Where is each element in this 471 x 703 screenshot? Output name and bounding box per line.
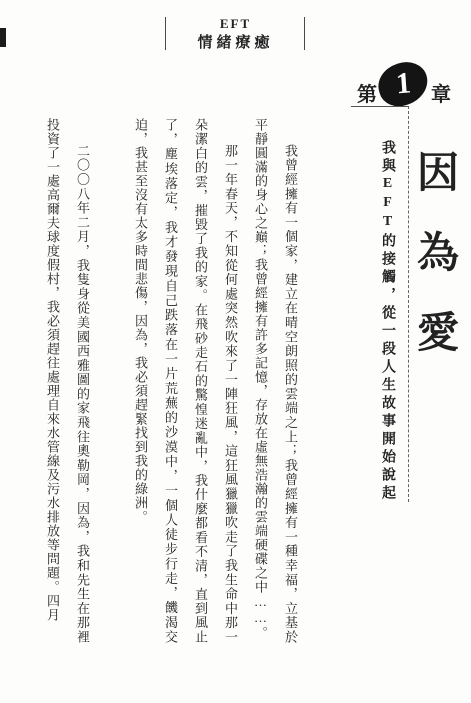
paragraph: 那一年春天，不知從何處突然吹來了一陣狂風，這狂風獵獵吹走了我生命中那一朵潔白的雲… <box>125 118 245 644</box>
chapter-label-post: 章 <box>431 78 451 107</box>
chapter-label-pre: 第 <box>357 78 377 107</box>
running-head-rule-left <box>165 17 166 50</box>
chapter-number: 1 <box>394 67 411 102</box>
chapter-subtitle: 我與EFT的接觸，從一段人生故事開始說起 <box>380 140 394 503</box>
running-head-series-zh: 情緒療癒 <box>0 34 471 53</box>
running-head-rule-right <box>304 17 305 50</box>
chapter-rule-horizontal <box>351 106 409 107</box>
body-text: 我曾經擁有一個家，建立在晴空朗照的雲端之上；我曾經擁有一種幸福，立基於平靜圓滿的… <box>15 118 305 644</box>
paragraph: 我曾經擁有一個家，建立在晴空朗照的雲端之上；我曾經擁有一種幸福，立基於平靜圓滿的… <box>245 118 305 644</box>
book-page: EFT 情緒療癒 第 1 章 因為愛 我與EFT的接觸，從一段人生故事開始說起 … <box>0 0 471 703</box>
running-head-series-en: EFT <box>0 16 471 32</box>
chapter-number-ink-blob: 1 <box>373 56 434 111</box>
running-head: EFT 情緒療癒 <box>0 16 471 53</box>
paragraph: 二〇〇八年二月，我隻身從美國西雅圖的家飛往奧勒岡，因為，我和先生在那裡投資了一處… <box>37 118 97 644</box>
chapter-rule-vertical <box>408 106 409 502</box>
chapter-title: 因為愛 <box>413 150 455 390</box>
